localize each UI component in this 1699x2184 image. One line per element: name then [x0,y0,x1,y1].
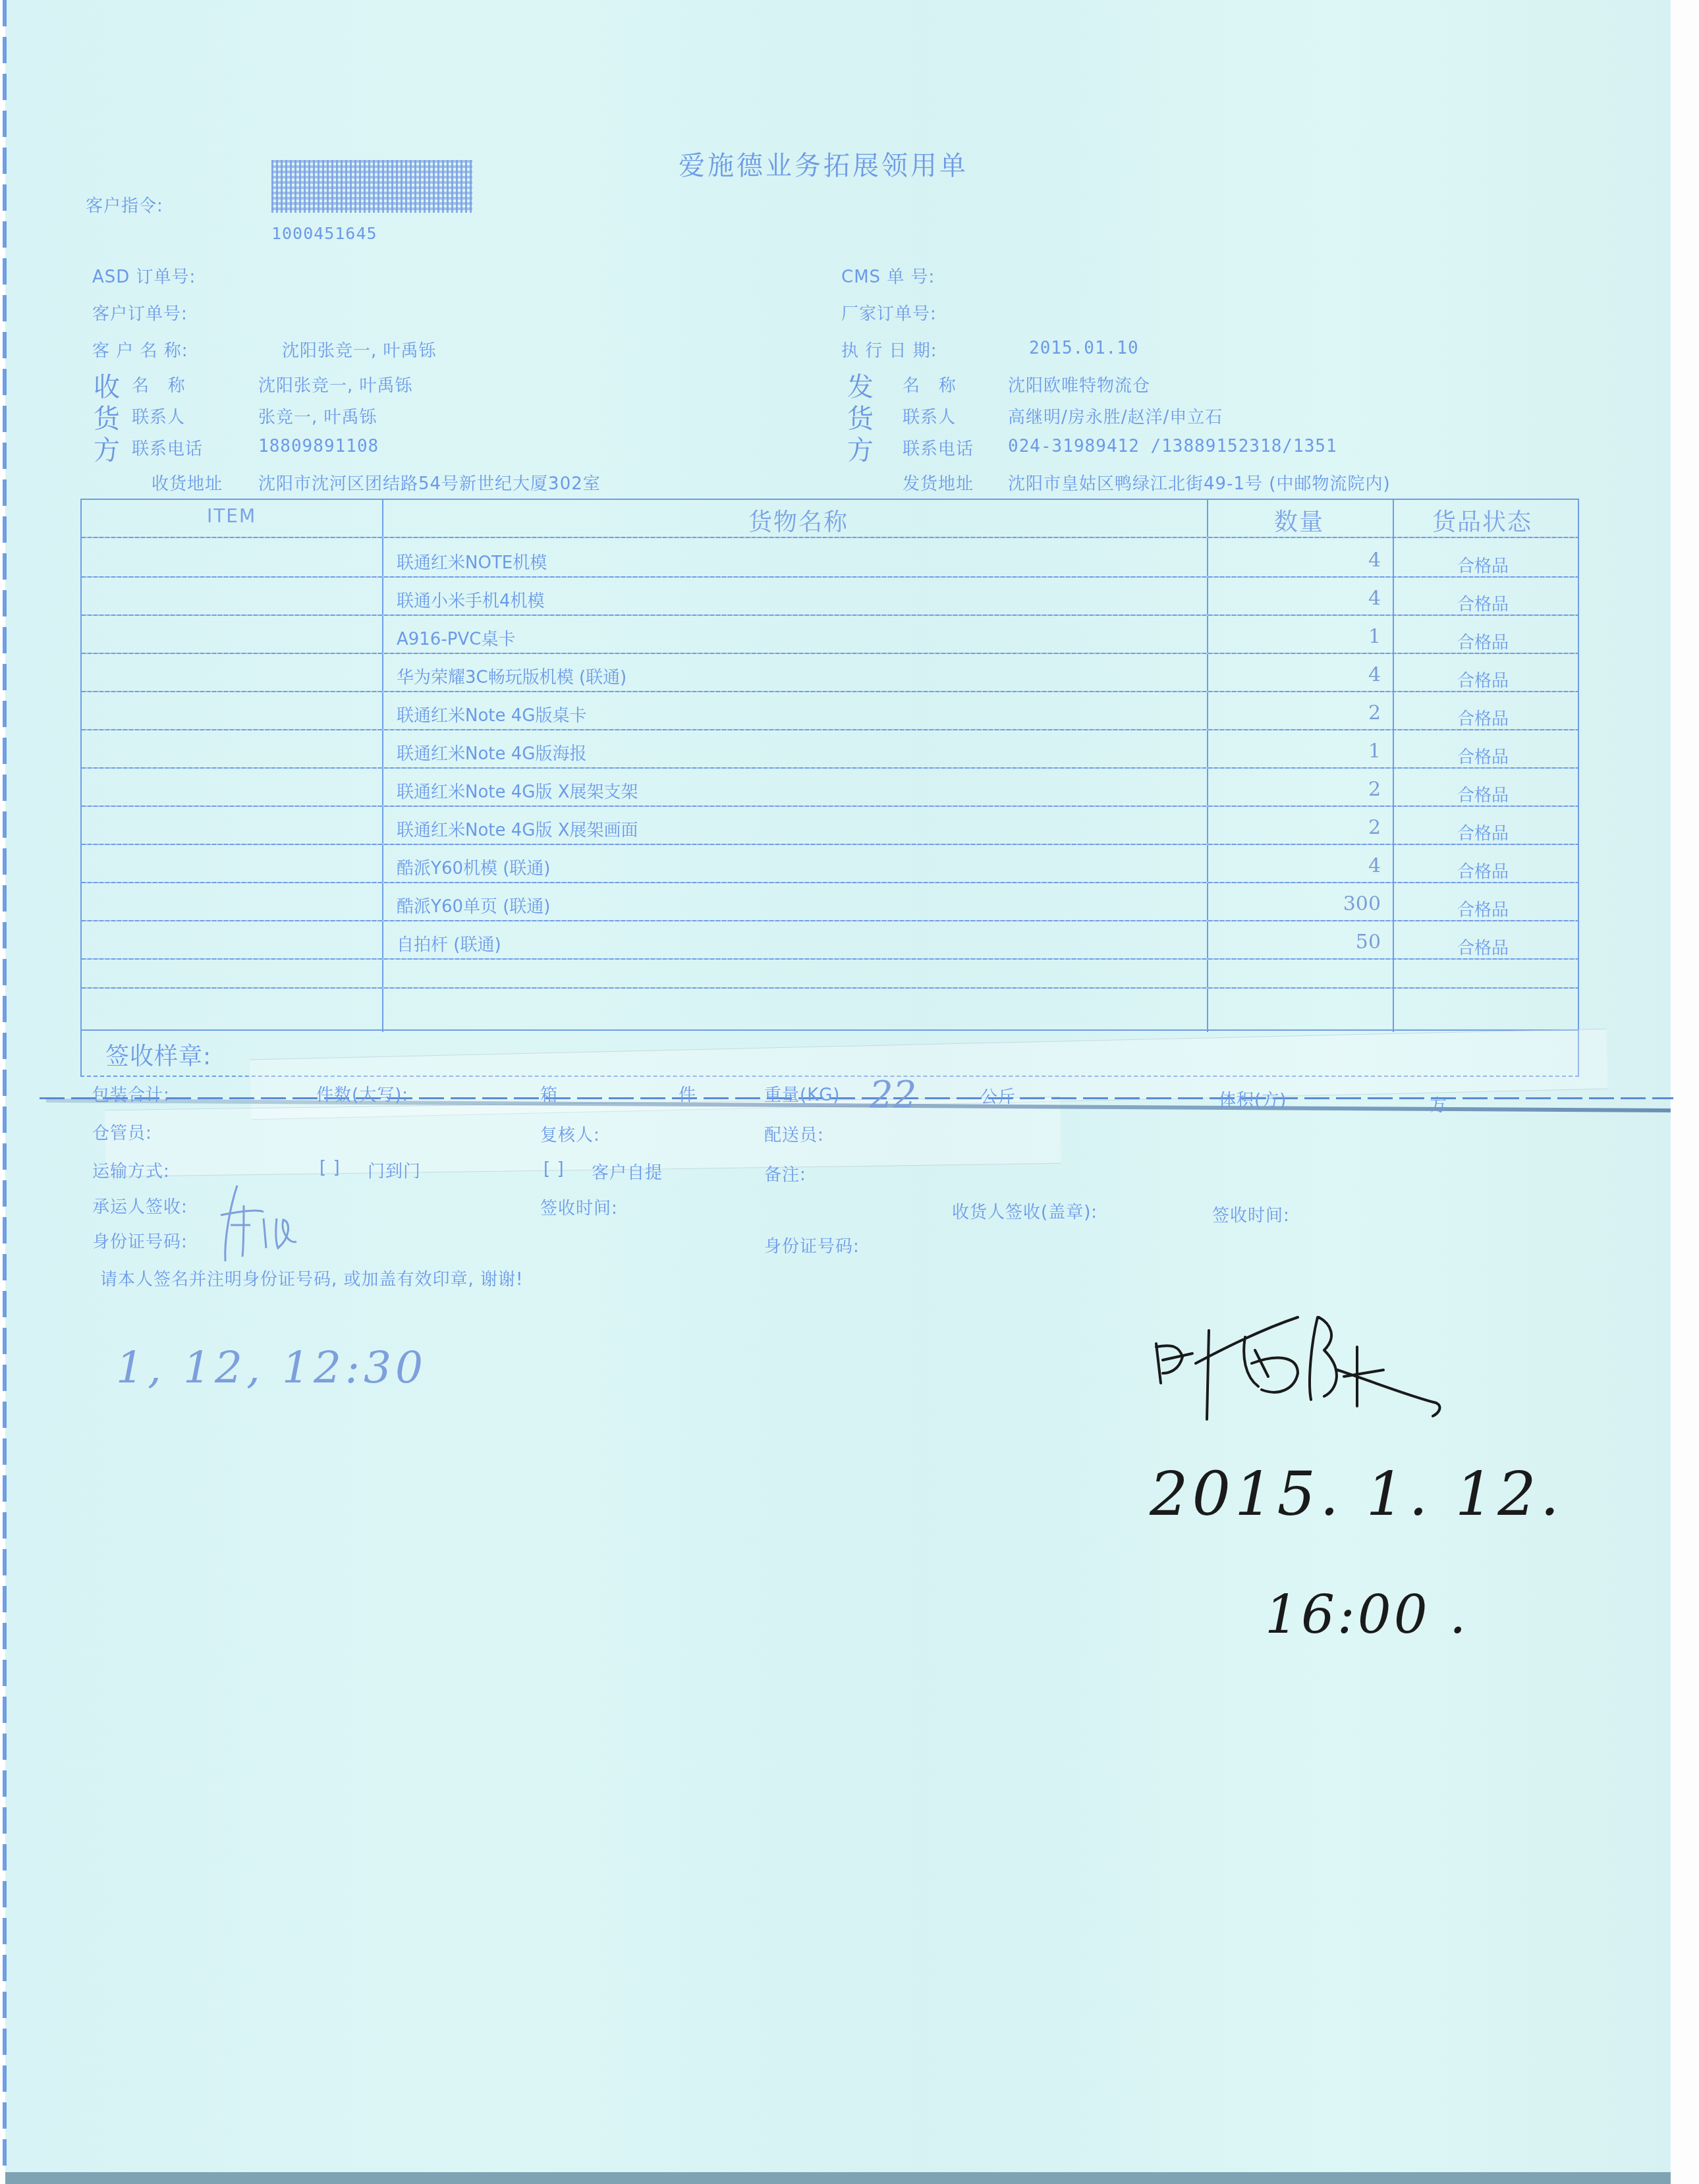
row-goods-name: 华为荣耀3C畅玩版机模 (联通) [397,664,627,688]
sender-contact-label: 联系人 [903,404,956,428]
row-divider [82,576,1578,578]
sender-phone-label: 联系电话 [903,435,974,460]
row-divider [82,882,1578,883]
remarks-label: 备注: [764,1161,806,1186]
items-table: ITEM 货物名称 数量 货品状态 联通红米NOTE机模 4 合格品 联通小米手… [80,499,1579,1031]
perforated-edge-left [3,0,7,2173]
receiver-sign-time: 16:00 . [1265,1584,1468,1645]
receiver-name-label: 名 称 [132,372,186,396]
row-status: 合格品 [1457,820,1509,844]
row-goods-name: 联通红米Note 4G版 X展架支架 [397,778,638,803]
carrier-time-note: 1, 12, 12:30 [116,1342,427,1393]
row-divider [82,614,1578,616]
volume-unit: 方 [1430,1092,1447,1116]
row-goods-name: 联通红米NOTE机模 [397,549,547,574]
factory-order-label: 厂家订单号: [841,300,937,325]
weight-unit: 公斤 [980,1083,1016,1108]
perforated-edge-bottom [5,2172,1671,2184]
dashed-divider [40,1097,1673,1099]
row-goods-name: A916-PVC桌卡 [397,626,515,650]
row-goods-name: 酷派Y60机模 (联通) [397,855,551,879]
row-quantity: 2 [1208,701,1381,724]
receiver-sign-label: 收货人签收(盖章): [952,1199,1098,1223]
volume-label: 体积(方) [1219,1087,1287,1111]
customer-name-value: 沈阳张竞一, 叶禹铄 [282,337,437,362]
receiver-id-number-label: 身份证号码: [764,1233,860,1257]
column-divider [1393,500,1394,1032]
header-quantity: 数量 [1274,504,1324,537]
carrier-id-number-label: 身份证号码: [92,1228,188,1253]
scan-margin-right [1671,0,1699,2184]
sender-address-label: 发货地址 [903,470,974,495]
box-label: 箱 [540,1081,558,1106]
row-goods-name: 联通小米手机4机模 [397,587,545,612]
exec-date-label: 执 行 日 期: [841,337,937,362]
row-status: 合格品 [1457,896,1509,921]
row-divider [82,844,1578,845]
door-to-door-checkbox[interactable]: [ ] [320,1158,341,1178]
sign-stamp-label: 签收样章: [105,1038,211,1072]
weight-handwritten: 22 [870,1074,916,1116]
header-item: ITEM [207,505,256,527]
row-status: 合格品 [1457,705,1509,730]
row-quantity: 1 [1208,740,1381,763]
row-status: 合格品 [1457,629,1509,653]
row-quantity: 4 [1208,854,1381,877]
signature-notice: 请本人签名并注明身份证号码, 或加盖有效印章, 谢谢! [100,1266,523,1290]
row-goods-name: 联通红米Note 4G版桌卡 [397,702,587,726]
row-status: 合格品 [1457,935,1509,959]
receiver-name-value: 沈阳张竞一, 叶禹铄 [258,372,413,396]
row-goods-name: 联通红米Note 4G版 X展架画面 [397,817,638,841]
reviewer-label: 复核人: [540,1122,600,1146]
carrier-sign-time-label: 签收时间: [540,1195,618,1219]
row-status: 合格品 [1457,744,1509,768]
receiver-phone-value: 18809891108 [258,437,379,456]
self-pickup-checkbox[interactable]: [ ] [543,1159,565,1179]
row-status: 合格品 [1457,858,1509,883]
piece-unit: 件 [679,1081,696,1106]
row-status: 合格品 [1457,667,1509,692]
row-divider [82,767,1578,769]
row-goods-name: 酷派Y60单页 (联通) [397,893,551,917]
row-quantity: 2 [1208,816,1381,839]
receiver-contact-value: 张竞一, 叶禹铄 [258,404,377,428]
receiver-address-label: 收货地址 [152,470,223,495]
sender-name-value: 沈阳欧唯特物流仓 [1008,372,1150,396]
row-quantity: 2 [1208,778,1381,801]
row-divider [82,987,1578,989]
row-quantity: 4 [1208,587,1381,610]
carrier-signature-icon [217,1179,336,1265]
receiver-address-value: 沈阳市沈河区团结路54号新世纪大厦302室 [258,470,601,495]
row-divider [82,920,1578,921]
header-goods-name: 货物名称 [748,504,849,537]
column-divider [382,500,383,1032]
transport-method-label: 运输方式: [92,1158,170,1182]
sender-side-char-3: 方 [847,429,874,467]
row-divider [82,537,1578,538]
sender-name-label: 名 称 [903,372,957,396]
door-to-door-label: 门到门 [368,1158,421,1182]
exec-date-value: 2015.01.10 [1029,339,1139,358]
row-goods-name: 自拍杆 (联通) [397,931,501,956]
receiver-contact-label: 联系人 [132,404,185,428]
row-divider [82,691,1578,692]
package-total-label: 包装合计: [92,1081,170,1106]
barcode-icon [271,160,472,213]
receiver-sign-time-label: 签收时间: [1212,1202,1290,1226]
row-quantity: 50 [1208,931,1381,954]
pieces-label: 件数(大写): [316,1081,408,1106]
delivery-person-label: 配送员: [764,1122,824,1146]
receiver-phone-label: 联系电话 [132,435,203,460]
receiver-side-char-3: 方 [94,429,121,467]
row-status: 合格品 [1457,553,1509,577]
form-title: 爱施德业务拓展领用单 [679,145,968,182]
customer-instruction-label: 客户指令: [86,192,163,217]
sender-phone-value: 024-31989412 /13889152318/1351 [1008,437,1337,456]
self-pickup-label: 客户自提 [592,1159,663,1184]
row-status: 合格品 [1457,782,1509,806]
row-quantity: 4 [1208,663,1381,686]
row-status: 合格品 [1457,591,1509,615]
customer-order-label: 客户订单号: [92,300,188,325]
row-divider [82,729,1578,730]
warehouse-keeper-label: 仓管员: [92,1120,152,1144]
row-quantity: 1 [1208,625,1381,648]
row-quantity: 4 [1208,549,1381,572]
weight-label: 重量(KG) [764,1081,841,1106]
row-divider [82,805,1578,807]
barcode-number: 1000451645 [271,224,377,243]
carrier-sign-label: 承运人签收: [92,1193,188,1218]
cms-number-label: CMS 单 号: [841,263,935,288]
row-divider [82,958,1578,960]
asd-order-label: ASD 订单号: [92,263,196,288]
sender-contact-value: 高继明/房永胜/赵洋/申立石 [1008,404,1223,428]
row-divider [82,653,1578,654]
header-goods-status: 货品状态 [1432,504,1532,537]
row-goods-name: 联通红米Note 4G版海报 [397,740,587,765]
customer-name-label: 客 户 名 称: [92,337,188,362]
receiver-sign-date: 2015. 1. 12. [1150,1459,1563,1529]
sender-address-value: 沈阳市皇姑区鸭绿江北街49-1号 (中邮物流院内) [1008,470,1391,495]
row-quantity: 300 [1208,892,1381,915]
